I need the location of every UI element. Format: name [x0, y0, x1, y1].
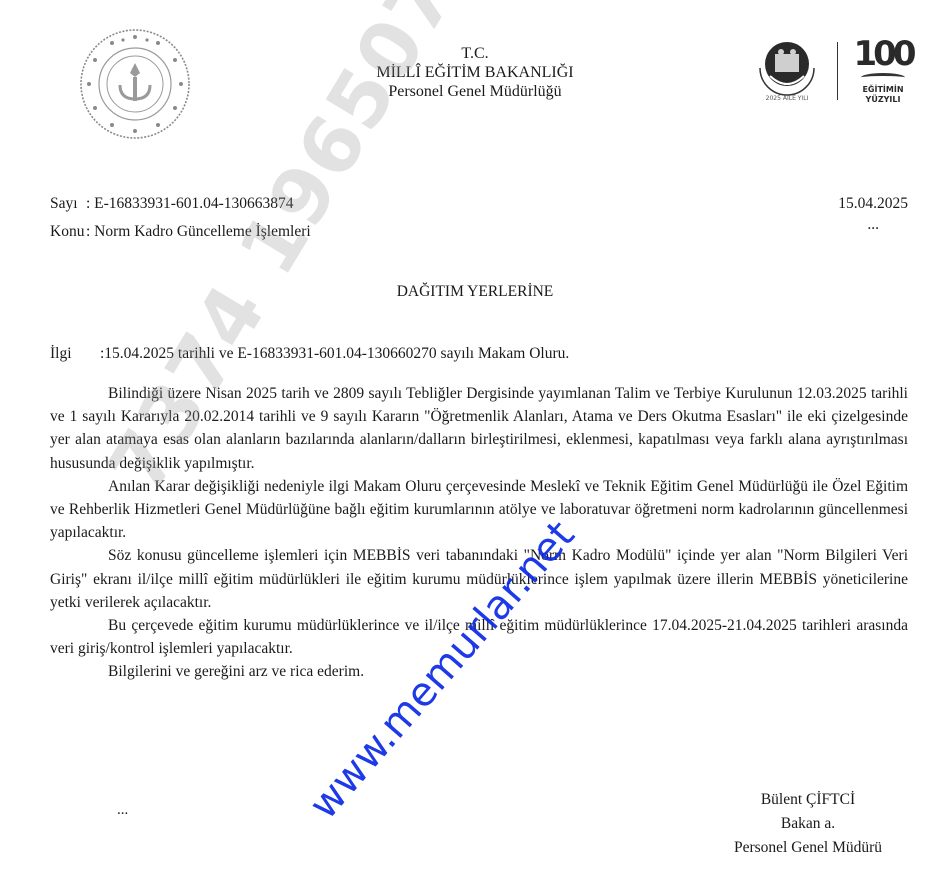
- letterhead: T.C. MİLLÎ EĞİTİM BAKANLIĞI Personel Gen…: [300, 44, 650, 101]
- sayi-value: : E-16833931-601.04-130663874: [86, 190, 294, 218]
- logo-divider: [837, 42, 838, 100]
- egitimin-yuzyili-logo: 100 EĞİTİMİN YÜZYILI: [853, 36, 913, 116]
- meb-seal-icon: [78, 27, 192, 141]
- document-meta: Sayı : E-16833931-601.04-130663874 Konu …: [50, 190, 311, 246]
- signatory-title1: Bakan a.: [708, 812, 908, 836]
- paragraph: Bilgilerini ve gereğini arz ve rica eder…: [50, 660, 908, 683]
- distribution-heading: DAĞITIM YERLERİNE: [0, 283, 950, 301]
- svg-text:2025 AİLE YILI: 2025 AİLE YILI: [766, 95, 809, 102]
- document-page: T.C. MİLLÎ EĞİTİM BAKANLIĞI Personel Gen…: [0, 0, 950, 870]
- open-book-icon: [861, 73, 905, 82]
- signatory-name: Bülent ÇİFTCİ: [708, 788, 908, 812]
- signatory-title2: Personel Genel Müdürü: [708, 836, 908, 860]
- ilgi-label: İlgi: [50, 345, 100, 363]
- header-ministry: MİLLÎ EĞİTİM BAKANLIĞI: [300, 63, 650, 82]
- aile-yili-logo-icon: 2025 AİLE YILI: [752, 32, 822, 104]
- date-dots: ...: [838, 218, 908, 232]
- paragraph: Bu çerçevede eğitim kurumu müdürlüklerin…: [50, 614, 908, 660]
- paragraph: Anılan Karar değişikliği nedeniyle ilgi …: [50, 475, 908, 545]
- logo-100: 100: [853, 36, 913, 72]
- konu-label: Konu: [50, 218, 86, 246]
- konu-row: Konu : Norm Kadro Güncelleme İşlemleri: [50, 218, 311, 246]
- ilgi-text: :15.04.2025 tarihli ve E-16833931-601.04…: [100, 345, 569, 363]
- document-date-block: 15.04.2025 ...: [838, 190, 908, 232]
- signature-block: Bülent ÇİFTCİ Bakan a. Personel Genel Mü…: [708, 788, 908, 860]
- paragraph: Bilindiği üzere Nisan 2025 tarih ve 2809…: [50, 382, 908, 475]
- sayi-label: Sayı: [50, 190, 86, 218]
- sayi-row: Sayı : E-16833931-601.04-130663874: [50, 190, 311, 218]
- konu-value: : Norm Kadro Güncelleme İşlemleri: [86, 218, 311, 246]
- logo-line2: YÜZYILI: [853, 95, 913, 105]
- logo-line1: EĞİTİMİN: [853, 85, 913, 95]
- ilgi-row: İlgi :15.04.2025 tarihli ve E-16833931-6…: [50, 345, 569, 363]
- paragraph: Söz konusu güncelleme işlemleri için MEB…: [50, 544, 908, 614]
- header-directorate: Personel Genel Müdürlüğü: [300, 82, 650, 101]
- letter-body: Bilindiği üzere Nisan 2025 tarih ve 2809…: [50, 382, 908, 684]
- header-tc: T.C.: [300, 44, 650, 63]
- left-dots: ...: [117, 802, 128, 819]
- document-date: 15.04.2025: [838, 190, 908, 218]
